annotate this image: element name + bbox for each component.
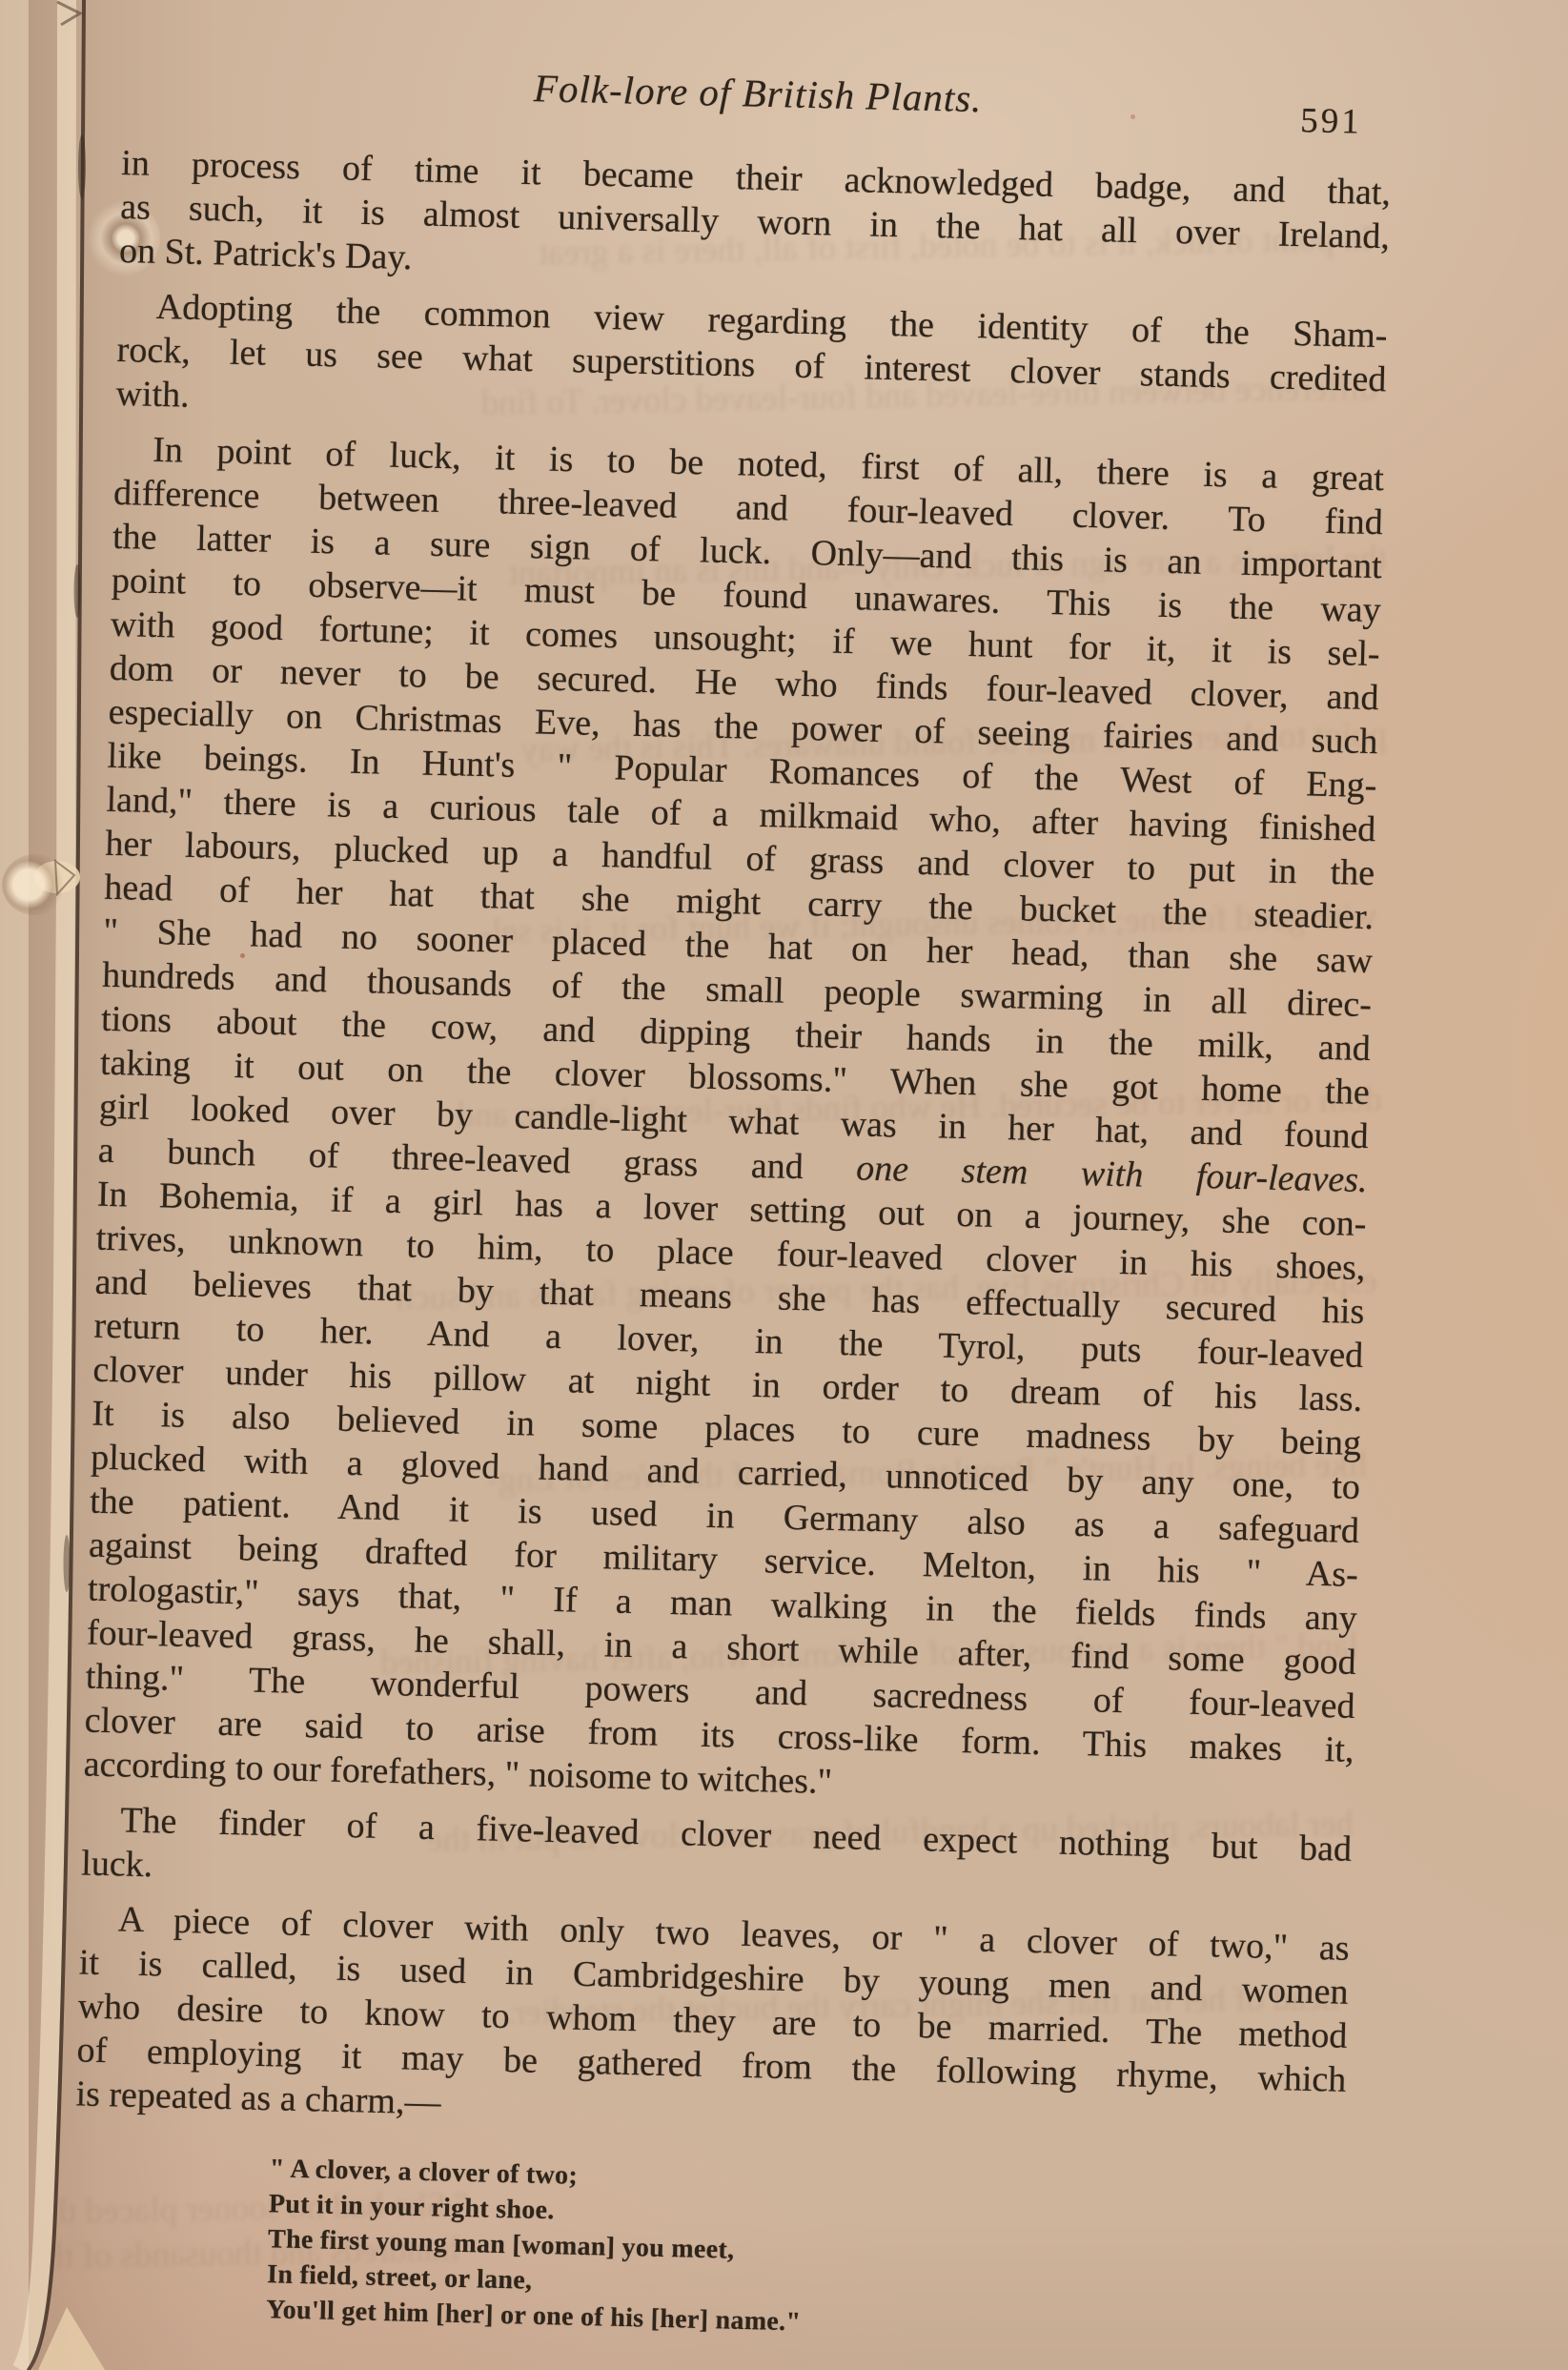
- paragraph: The finder of a five-leaved clover need …: [81, 1797, 1353, 1914]
- gutter-knot: [74, 564, 81, 618]
- page-number: 591: [1300, 100, 1362, 143]
- book-page-scan: In point of luck, it is to be noted, fir…: [0, 0, 1568, 2370]
- page-title: Folk-lore of British Plants.: [123, 55, 1394, 131]
- verse: " A clover, a clover of two;Put it in yo…: [266, 2151, 1344, 2353]
- paragraph: A piece of clover with only two leaves, …: [75, 1896, 1350, 2145]
- paper-crease: [2, 854, 69, 915]
- printed-content: Folk-lore of British Plants. 591 in proc…: [71, 55, 1394, 2353]
- paragraph: In point of luck, it is to be noted, fir…: [83, 427, 1384, 1816]
- gutter-knot: [78, 134, 86, 199]
- running-header: Folk-lore of British Plants. 591: [123, 55, 1394, 134]
- paragraph: in process of time it became their ackno…: [119, 141, 1392, 302]
- paragraph: Adopting the common view regarding the i…: [115, 284, 1388, 445]
- page-edge-strip: [0, 0, 29, 2370]
- body-text: in process of time it became their ackno…: [75, 141, 1391, 2146]
- gutter-knot: [64, 1535, 71, 1592]
